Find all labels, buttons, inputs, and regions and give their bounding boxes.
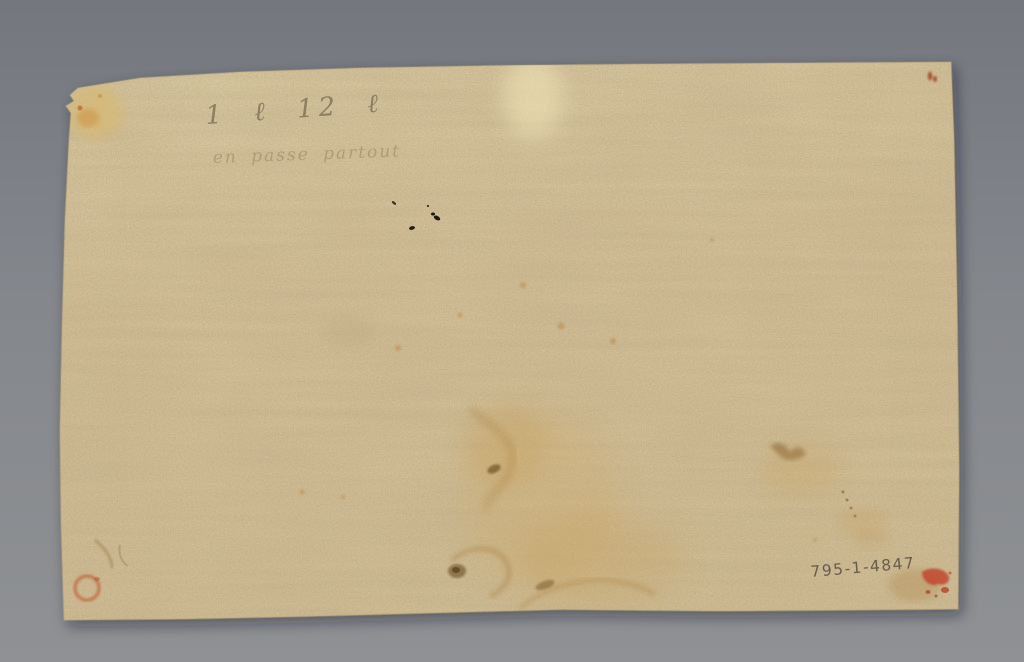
artwork-photo: 1 ℓ 12 ℓ en passe partout 795-1-4847	[0, 0, 1024, 662]
stain-top-left	[69, 85, 123, 139]
light-patch	[503, 54, 563, 138]
photograph: 1 ℓ 12 ℓ en passe partout 795-1-4847	[0, 0, 1024, 662]
ghost-smudge	[324, 315, 372, 349]
